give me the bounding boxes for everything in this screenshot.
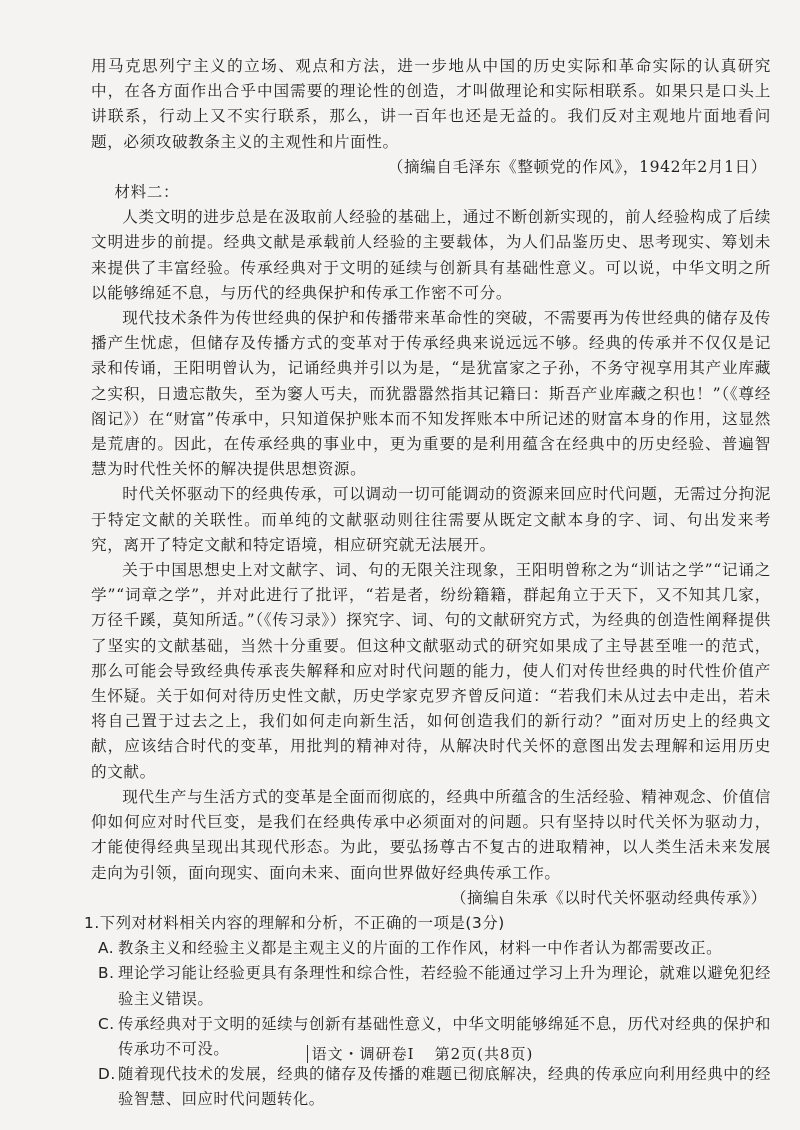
- option-text: 教条主义和经验主义都是主观主义的片面的工作作风，材料一中作者认为都需要改正。: [118, 939, 722, 957]
- option-label: B.: [98, 961, 118, 986]
- material-one-paragraph: 用马克思列宁主义的立场、观点和方法，进一步地从中国的历史实际和革命实际的认真研究…: [91, 54, 771, 155]
- option-label: C.: [98, 1012, 118, 1037]
- question-option-d: D.随着现代技术的发展，经典的储存及传播的难题已彻底解决，经典的传承应向利用经典…: [91, 1062, 771, 1112]
- option-label: D.: [98, 1062, 118, 1087]
- footer-page-number: 第2页(共8页): [435, 1045, 534, 1063]
- page-content: 用马克思列宁主义的立场、观点和方法，进一步地从中国的历史实际和革命实际的认真研究…: [91, 54, 771, 1113]
- option-label: A.: [98, 936, 118, 961]
- question-option-a: A.教条主义和经验主义都是主观主义的片面的工作作风，材料一中作者认为都需要改正。: [91, 936, 771, 961]
- exam-page: 用马克思列宁主义的立场、观点和方法，进一步地从中国的历史实际和革命实际的认真研究…: [0, 0, 800, 1130]
- question-stem: 1.下列对材料相关内容的理解和分析，不正确的一项是(3分): [84, 911, 771, 936]
- material-two-paragraph: 现代生产与生活方式的变革是全面而彻底的，经典中所蕴含的生活经验、精神观念、价值信…: [91, 785, 771, 886]
- page-footer: 语文・调研卷Ⅰ第2页(共8页): [0, 1043, 800, 1064]
- material-two-heading: 材料二：: [91, 180, 771, 205]
- footer-subject: 语文・调研卷Ⅰ: [307, 1045, 415, 1063]
- material-two-citation: （摘编自朱承《以时代关怀驱动经典传承》）: [91, 886, 771, 911]
- material-two-paragraph: 现代技术条件为传世经典的保护和传播带来革命性的突破，不需要再为传世经典的储存及传…: [91, 306, 771, 482]
- material-two-paragraph: 人类文明的进步总是在汲取前人经验的基础上，通过不断创新实现的，前人经验构成了后续…: [91, 205, 771, 306]
- material-two-paragraph: 时代关怀驱动下的经典传承，可以调动一切可能调动的资源来回应时代问题，无需过分拘泥…: [91, 482, 771, 558]
- question-option-b: B.理论学习能让经验更具有条理性和综合性，若经验不能通过学习上升为理论，就难以避…: [91, 961, 771, 1011]
- option-text: 理论学习能让经验更具有条理性和综合性，若经验不能通过学习上升为理论，就难以避免犯…: [118, 964, 771, 1007]
- material-two-paragraph: 关于中国思想史上对文献字、词、句的无限关注现象，王阳明曾称之为“训诂之学”“记诵…: [91, 558, 771, 785]
- material-one-citation: （摘编自毛泽东《整顿党的作风》，1942年2月1日）: [91, 155, 771, 180]
- option-text: 随着现代技术的发展，经典的储存及传播的难题已彻底解决，经典的传承应向利用经典中的…: [118, 1065, 771, 1108]
- footer-dot-mark: [349, 1076, 351, 1078]
